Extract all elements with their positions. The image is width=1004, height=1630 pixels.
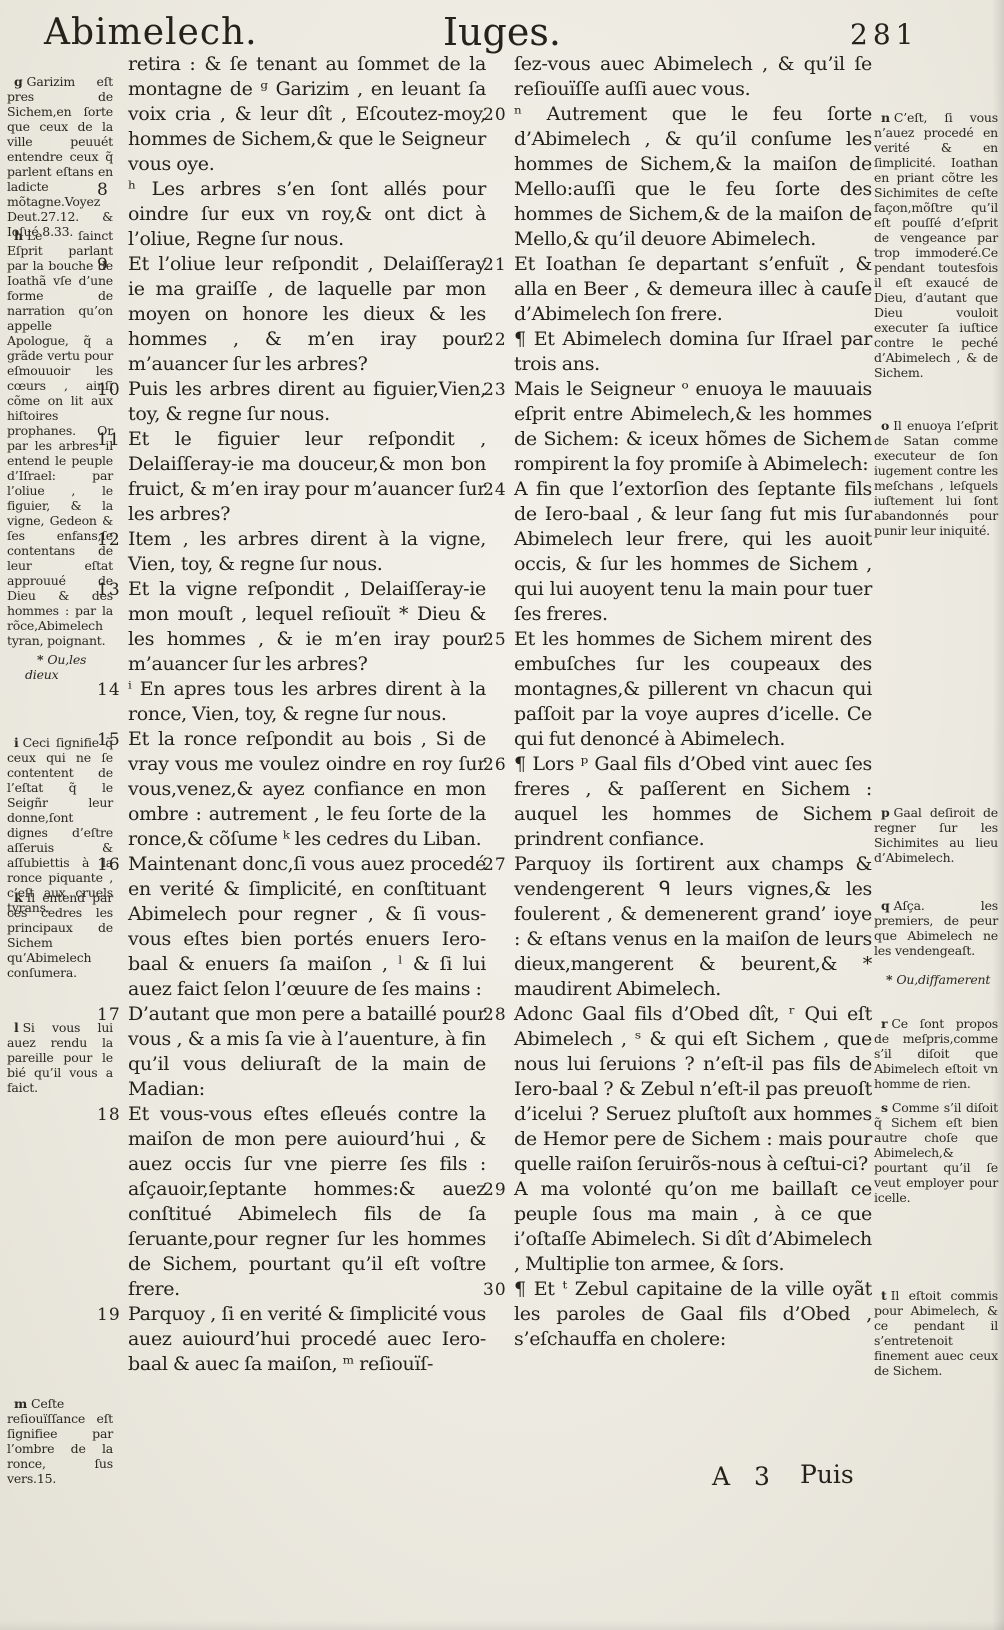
- verse-number: 21: [483, 253, 511, 278]
- note-label: p: [881, 805, 890, 820]
- note-label: h: [14, 228, 23, 243]
- margin-note-i: iCeci ſignifie q̃ ceux qui ne ſe content…: [7, 735, 113, 915]
- verse-14: 14ⁱ En apres tous les arbres dirent à la…: [128, 677, 486, 727]
- margin-note-ou-diffamerent: *Ou,diffamerent: [874, 972, 998, 987]
- verse-number: 23: [483, 378, 511, 403]
- note-text: Ou,les dieux: [25, 652, 86, 682]
- verse-number: 26: [483, 753, 511, 778]
- verse-19-continuation: ſez-vous auec Abimelech , & qu’il ſe reſ…: [514, 52, 872, 102]
- verse-number: 30: [483, 1278, 511, 1303]
- note-label: t: [881, 1288, 887, 1303]
- note-text: Ce ſont propos de meſpris,comme s’il diſ…: [874, 1016, 998, 1091]
- verse-28: 28Adonc Gaal fils d’Obed dît, ʳ Qui eſt …: [514, 1002, 872, 1177]
- verse-number: 16: [97, 853, 125, 878]
- verse-30: 30¶ Et ᵗ Zebul capitaine de la ville oyã…: [514, 1277, 872, 1352]
- verse-number: 9: [97, 253, 125, 278]
- verse-text: retira : & ſe tenant au ſommet de la mon…: [128, 53, 486, 175]
- verse-10: 10Puis les arbres dirent au figuier,Vien…: [128, 377, 486, 427]
- book-page: Abimelech. Iuges. 281 gGarizim eſt pres …: [0, 0, 1004, 1630]
- verse-number: 12: [97, 528, 125, 553]
- verse-number: 20: [483, 103, 511, 128]
- verse-text: Et la ronce reſpondit au bois , Si de vr…: [128, 728, 486, 850]
- margin-note-n: nC’eſt, ſi vous n’auez procedé en verité…: [874, 110, 998, 380]
- note-text: Il enuoya l’eſprit de Satan comme execut…: [874, 418, 998, 538]
- verse-13: 13Et la vigne reſpondit , Delaiſſeray-ie…: [128, 577, 486, 677]
- verse-15: 15Et la ronce reſpondit au bois , Si de …: [128, 727, 486, 852]
- verse-25: 25Et les hommes de Sichem mirent des emb…: [514, 627, 872, 752]
- note-label: k: [14, 890, 22, 905]
- margin-note-p: pGaal deſiroit de regner ſur les Sichimi…: [874, 805, 998, 865]
- catchword: Puis: [800, 1460, 854, 1489]
- verse-text: Et l’oliue leur reſpondit , Delaiſſeray …: [128, 253, 486, 375]
- verse-number: 19: [97, 1303, 125, 1328]
- note-text: Si vous lui auez rendu la pareille pour …: [7, 1020, 113, 1095]
- verse-23: 23Mais le Seigneur ᵒ enuoya le mauuais e…: [514, 377, 872, 477]
- verse-text: ⁿ Autrement que le feu ſorte d’Abimelech…: [514, 103, 872, 250]
- verse-text: Et le figuier leur reſpondit , Delaiſſer…: [128, 428, 486, 525]
- note-label: o: [881, 418, 889, 433]
- margin-note-k: kIl entend par ces cedres les principaux…: [7, 890, 113, 980]
- verse-text: Mais le Seigneur ᵒ enuoya le mauuais eſp…: [514, 378, 872, 475]
- verse-number: 17: [97, 1003, 125, 1028]
- verse-text: ¶ Et ᵗ Zebul capitaine de la ville oyãt …: [514, 1278, 872, 1350]
- verse-text: ¶ Et Abimelech domina ſur Iſrael par tro…: [514, 328, 872, 375]
- verse-18: 18Et vous-vous eſtes eſleués contre la m…: [128, 1102, 486, 1302]
- note-label: s: [881, 1100, 888, 1115]
- verse-21: 21Et Ioathan ſe departant s’enfuït , & a…: [514, 252, 872, 327]
- verse-text: ſez-vous auec Abimelech , & qu’il ſe reſ…: [514, 53, 872, 100]
- verse-8: 8ʰ Les arbres s’en ſont allés pour oindr…: [128, 177, 486, 252]
- margin-note-r: rCe ſont propos de meſpris,comme s’il di…: [874, 1016, 998, 1091]
- note-text: Garizim eſt pres de Sichem,en ſorte que …: [7, 74, 113, 239]
- verse-number: 29: [483, 1178, 511, 1203]
- left-text-column: retira : & ſe tenant au ſommet de la mon…: [128, 52, 486, 1377]
- verse-number: 11: [97, 428, 125, 453]
- verse-text: ⁱ En apres tous les arbres dirent à la r…: [128, 678, 486, 725]
- verse-number: 13: [97, 578, 125, 603]
- verse-29: 29A ma volonté qu’on me baillaſt ce peup…: [514, 1177, 872, 1277]
- verse-text: ʰ Les arbres s’en ſont allés pour oindre…: [128, 178, 486, 250]
- verse-text: Parquoy , ſi en verité & ſimplicité vous…: [128, 1303, 486, 1375]
- verse-27: 27Parquoy ils ſortirent aux champs & ven…: [514, 852, 872, 1002]
- verse-number: 10: [97, 378, 125, 403]
- verse-11: 11Et le figuier leur reſpondit , Delaiſſ…: [128, 427, 486, 527]
- verse-12: 12Item , les arbres dirent à la vigne, V…: [128, 527, 486, 577]
- verse-number: 8: [97, 178, 125, 203]
- right-margin-notes: nC’eſt, ſi vous n’auez procedé en verité…: [874, 0, 998, 1630]
- verse-number: 14: [97, 678, 125, 703]
- margin-note-s: sComme s’il diſoit q̃ Sichem eſt bien au…: [874, 1100, 998, 1205]
- verse-text: Puis les arbres dirent au figuier,Vien, …: [128, 378, 486, 425]
- note-text: Il eſtoit commis pour Abimelech, & ce pe…: [874, 1288, 998, 1378]
- note-text: Il entend par ces cedres les principaux …: [7, 890, 113, 980]
- verse-text: Maintenant donc,ſi vous auez procedé en …: [128, 853, 486, 1000]
- margin-note-g: gGarizim eſt pres de Sichem,en ſorte que…: [7, 74, 113, 239]
- note-text: Comme s’il diſoit q̃ Sichem eſt bien aut…: [874, 1100, 998, 1205]
- verse-text: A fin que l’extorſion des ſeptante fils …: [514, 478, 872, 625]
- note-text: Gaal deſiroit de regner ſur les Sichimit…: [874, 805, 998, 865]
- note-label: q: [881, 898, 890, 913]
- note-label: m: [14, 1396, 27, 1411]
- verse-number: 15: [97, 728, 125, 753]
- verse-20: 20ⁿ Autrement que le feu ſorte d’Abimele…: [514, 102, 872, 252]
- note-label: *: [37, 652, 43, 667]
- note-text: C’eſt, ſi vous n’auez procedé en verité …: [874, 110, 998, 380]
- verse-number: 24: [483, 478, 511, 503]
- verse-number: 27: [483, 853, 511, 878]
- verse-9: 9Et l’oliue leur reſpondit , Delaiſſeray…: [128, 252, 486, 377]
- note-label: n: [881, 110, 890, 125]
- verse-17: 17D’autant que mon pere a bataillé pour …: [128, 1002, 486, 1102]
- margin-note-q: qAſça. les premiers, de peur que Abimele…: [874, 898, 998, 958]
- verse-text: Et la vigne reſpondit , Delaiſſeray-ie m…: [128, 578, 486, 675]
- verse-text: Item , les arbres dirent à la vigne, Vie…: [128, 528, 486, 575]
- note-label: i: [14, 735, 19, 750]
- note-label: g: [14, 74, 23, 89]
- verse-text: D’autant que mon pere a bataillé pour vo…: [128, 1003, 486, 1100]
- note-label: r: [881, 1016, 887, 1031]
- right-text-column: ſez-vous auec Abimelech , & qu’il ſe reſ…: [514, 52, 872, 1352]
- running-head-title: Iuges.: [302, 10, 702, 54]
- verse-text: A ma volonté qu’on me baillaſt ce peuple…: [514, 1178, 872, 1275]
- verse-text: Et les hommes de Sichem mirent des embuſ…: [514, 628, 872, 750]
- verse-text: Et vous-vous eſtes eſleués contre la mai…: [128, 1103, 486, 1300]
- signature-mark: A 3: [712, 1462, 778, 1491]
- verse-26: 26¶ Lors ᵖ Gaal fils d’Obed vint auec ſe…: [514, 752, 872, 852]
- margin-note-m: mCeſte reſiouïſſance eſt ſignifiee par l…: [7, 1396, 113, 1486]
- note-text: Ou,diffamerent: [896, 972, 990, 987]
- verse-22: 22¶ Et Abimelech domina ſur Iſrael par t…: [514, 327, 872, 377]
- verse-text: Et Ioathan ſe departant s’enfuït , & all…: [514, 253, 872, 325]
- note-text: Aſça. les premiers, de peur que Abimelec…: [874, 898, 998, 958]
- verse-16: 16Maintenant donc,ſi vous auez procedé e…: [128, 852, 486, 1002]
- verse-7-continuation: retira : & ſe tenant au ſommet de la mon…: [128, 52, 486, 177]
- verse-text: Adonc Gaal fils d’Obed dît, ʳ Qui eſt Ab…: [514, 1003, 872, 1175]
- note-text: Ceci ſignifie q̃ ceux qui ne ſe contente…: [7, 735, 113, 915]
- margin-note-t: tIl eſtoit commis pour Abimelech, & ce p…: [874, 1288, 998, 1378]
- note-label: l: [14, 1020, 19, 1035]
- verse-number: 18: [97, 1103, 125, 1128]
- verse-19: 19Parquoy , ſi en verité & ſimplicité vo…: [128, 1302, 486, 1377]
- note-label: *: [886, 972, 892, 987]
- verse-number: 25: [483, 628, 511, 653]
- margin-note-l: lSi vous lui auez rendu la pareille pour…: [7, 1020, 113, 1095]
- verse-number: 22: [483, 328, 511, 353]
- verse-text: Parquoy ils ſortirent aux champs & vende…: [514, 853, 872, 1000]
- verse-24: 24A fin que l’extorſion des ſeptante fil…: [514, 477, 872, 627]
- verse-number: 28: [483, 1003, 511, 1028]
- margin-note-o: oIl enuoya l’eſprit de Satan comme execu…: [874, 418, 998, 538]
- left-margin-notes: gGarizim eſt pres de Sichem,en ſorte que…: [7, 0, 113, 1630]
- verse-text: ¶ Lors ᵖ Gaal fils d’Obed vint auec ſes …: [514, 753, 872, 850]
